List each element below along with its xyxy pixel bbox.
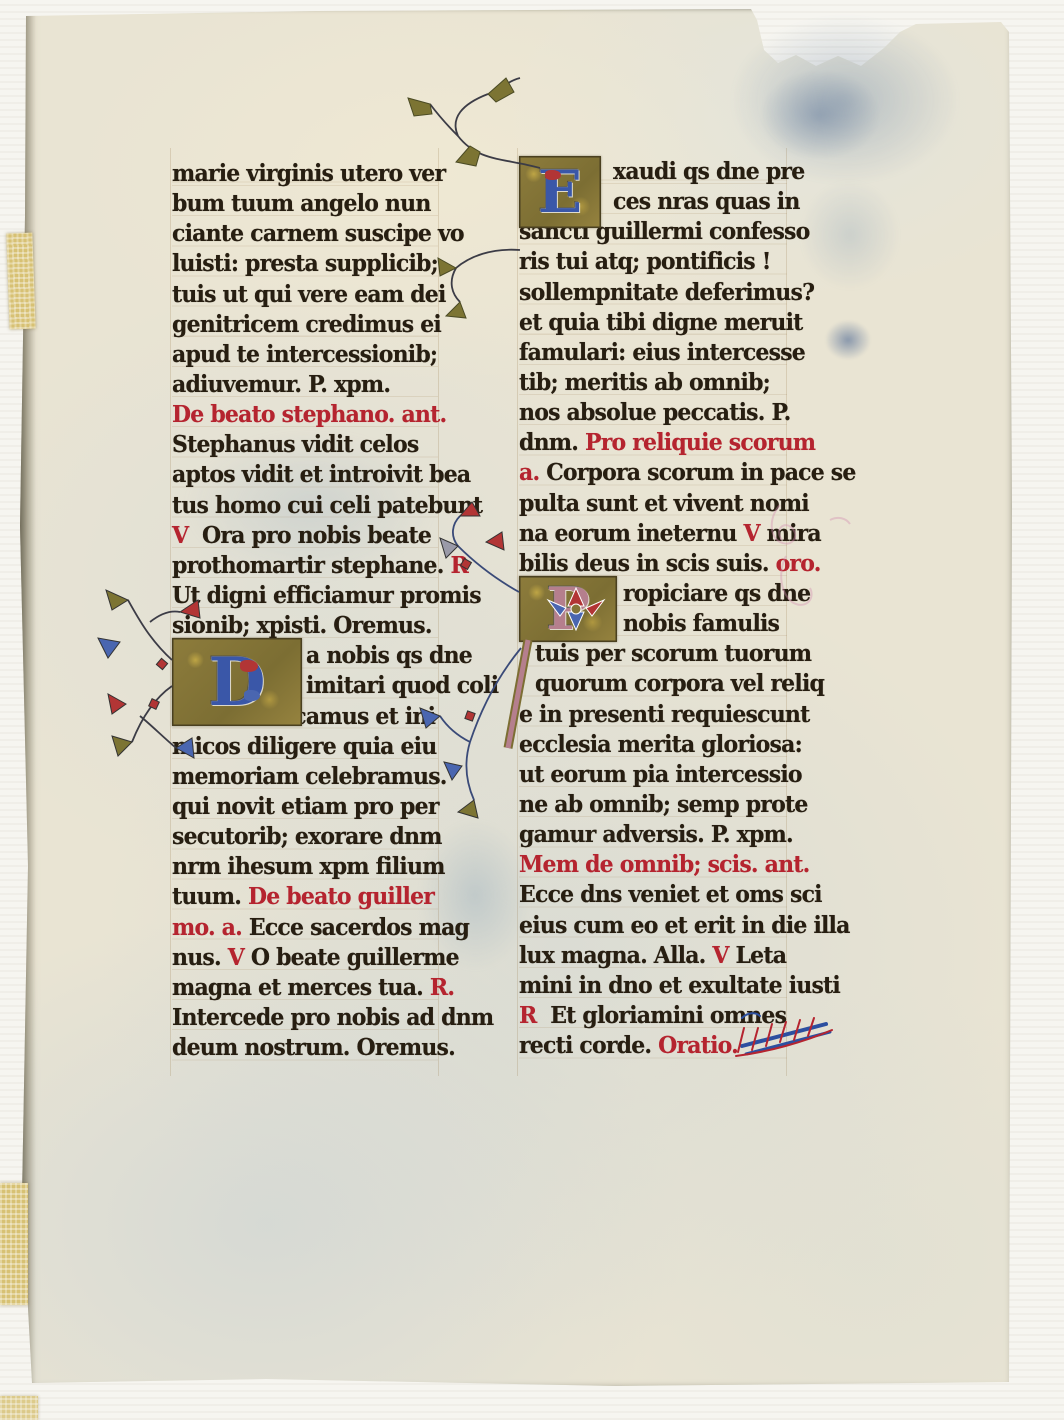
text-line: Ecce dns veniet et oms sci: [519, 879, 787, 910]
text-line: aptos vidit et introivit bea: [172, 459, 438, 490]
rubric-text: a.: [519, 459, 546, 486]
text-line: ciante carnem suscipe vo: [172, 218, 438, 249]
text-line: mini in dno et exultate iusti: [519, 970, 787, 1001]
text-line: famulari: eius intercesse: [519, 337, 787, 368]
text-line: prothomartir stephane. R: [172, 550, 438, 581]
text-line: De beato stephano. ant.: [172, 399, 438, 430]
manuscript-leaf: [16, 6, 1014, 1390]
text-line: R Et gloriamini omnes: [519, 1000, 787, 1031]
text-line: nrm ihesum xpm filium: [172, 851, 438, 882]
rubric-text: De beato guiller: [248, 883, 434, 910]
text-line: tuis ut qui vere eam dei: [172, 279, 438, 310]
body-text: mini in dno et exultate iusti: [519, 972, 840, 999]
illuminated-initial-p: P: [519, 576, 617, 642]
body-text: secutorib; exorare dnm: [172, 823, 442, 850]
body-text: famulari: eius intercesse: [519, 339, 805, 366]
body-text: imitari quod coli: [306, 672, 498, 699]
body-text: ces nras quas in: [613, 188, 800, 215]
text-line: Intercede pro nobis ad dnm: [172, 1002, 438, 1033]
body-text: sollempnitate deferimus?: [519, 279, 814, 306]
rubric-text: R.: [430, 974, 454, 1001]
text-line: quorum corpora vel reliq: [519, 668, 787, 699]
blue-accent: [244, 690, 260, 701]
text-line: luisti: presta supplicib;: [172, 248, 438, 279]
text-line: qui novit etiam pro per: [172, 791, 438, 822]
text-line: genitricem credimus ei: [172, 309, 438, 340]
text-line: memoriam celebramus.: [172, 761, 438, 792]
body-text: luisti: presta supplicib;: [172, 251, 438, 278]
body-text: eius cum eo et erit in die illa: [519, 912, 850, 939]
body-text: O beate guillerme: [251, 944, 459, 971]
body-text: prothomartir stephane.: [172, 552, 450, 579]
text-line: adiuvemur. P. xpm.: [172, 369, 438, 400]
body-text: e in presenti requiescunt: [519, 701, 809, 728]
body-text: aptos vidit et introivit bea: [172, 461, 470, 488]
body-text: ropiciare qs dne: [623, 580, 810, 607]
rubric-text: V: [712, 942, 735, 969]
body-text: bilis deus in scis suis.: [519, 550, 776, 577]
body-text: nos absolue peccatis. P.: [519, 399, 790, 426]
text-line: secutorib; exorare dnm: [172, 821, 438, 852]
body-text: micos diligere quia eiu: [172, 733, 436, 760]
initial-letter: D: [208, 649, 265, 715]
body-text: bum tuum angelo nun: [172, 190, 431, 217]
body-text: ecclesia merita gloriosa:: [519, 731, 802, 758]
text-line: mo. a. Ecce sacerdos mag: [172, 912, 438, 943]
text-line: tib; meritis ab omnib;: [519, 367, 787, 398]
body-text: ut eorum pia intercessio: [519, 761, 802, 788]
text-line: eius cum eo et erit in die illa: [519, 910, 787, 941]
body-text: Ecce dns veniet et oms sci: [519, 881, 822, 908]
rubric-text: R: [450, 552, 467, 579]
text-line: et quia tibi digne meruit: [519, 307, 787, 338]
rubric-text: Mem de omnib; scis. ant.: [519, 851, 810, 878]
body-text: nobis famulis: [623, 610, 779, 637]
text-line: sionib; xpisti. Oremus.: [172, 610, 438, 641]
body-text: et quia tibi digne meruit: [519, 309, 803, 336]
body-text: tuum.: [172, 883, 248, 910]
rubric-text: De beato stephano. ant.: [172, 401, 446, 428]
body-text: Leta: [736, 942, 787, 969]
text-line: Mem de omnib; scis. ant.: [519, 849, 787, 880]
text-line: tus homo cui celi patebunt: [172, 490, 438, 521]
text-line: Ut digni efficiamur promis: [172, 580, 438, 611]
red-accent: [545, 170, 561, 180]
text-line: a. Corpora scorum in pace se: [519, 457, 787, 488]
text-line: lux magna. Alla. V Leta: [519, 940, 787, 971]
body-text: sionib; xpisti. Oremus.: [172, 612, 432, 639]
rubric-text: V: [743, 520, 766, 547]
body-text: marie virginis utero ver: [172, 160, 445, 187]
body-text: dnm.: [519, 429, 585, 456]
text-line: marie virginis utero ver: [172, 158, 438, 189]
rubric-text: Oratio.: [658, 1032, 738, 1059]
body-text: lux magna. Alla.: [519, 942, 712, 969]
body-text: Corpora scorum in pace se: [546, 459, 855, 486]
ruling-line: [170, 148, 171, 1076]
body-text: Intercede pro nobis ad dnm: [172, 1004, 493, 1031]
body-text: qui novit etiam pro per: [172, 793, 439, 820]
text-line: nus. V O beate guillerme: [172, 942, 438, 973]
body-text: Ut digni efficiamur promis: [172, 582, 481, 609]
text-line: na eorum ineternu V mira: [519, 518, 787, 549]
red-accent: [240, 660, 258, 672]
text-line: V Ora pro nobis beate: [172, 520, 438, 551]
text-line: micos diligere quia eiu: [172, 731, 438, 762]
rubric-text: V: [228, 944, 251, 971]
illuminated-initial-d: D: [172, 638, 302, 726]
body-text: gamur adversis. P. xpm.: [519, 821, 793, 848]
tape-fragment: [6, 233, 35, 330]
text-line: dnm. Pro reliquie scorum: [519, 427, 787, 458]
rubric-text: R: [519, 1002, 550, 1029]
text-line: tuum. De beato guiller: [172, 881, 438, 912]
body-text: ris tui atq; pontificis !: [519, 249, 771, 276]
body-text: nus.: [172, 944, 228, 971]
body-text: xaudi qs dne pre: [613, 158, 804, 185]
tape-fragment: [0, 1183, 28, 1305]
body-text: recti corde.: [519, 1032, 658, 1059]
body-text: tus homo cui celi patebunt: [172, 492, 482, 519]
text-line: nos absolue peccatis. P.: [519, 397, 787, 428]
text-line: ris tui atq; pontificis !: [519, 246, 787, 277]
body-text: pulta sunt et vivent nomi: [519, 490, 809, 517]
body-text: magna et merces tua.: [172, 974, 430, 1001]
body-text: Et gloriamini omnes: [550, 1002, 786, 1029]
text-line: e in presenti requiescunt: [519, 699, 787, 730]
body-text: Ora pro nobis beate: [202, 522, 431, 549]
body-text: Stephanus vidit celos: [172, 431, 418, 458]
body-text: mira: [767, 520, 821, 547]
text-line: ne ab omnib; semp prote: [519, 789, 787, 820]
rubric-text: Pro reliquie scorum: [585, 429, 815, 456]
illuminated-initial-e: E: [519, 156, 601, 228]
text-line: sollempnitate deferimus?: [519, 277, 787, 308]
body-text: tuis ut qui vere eam dei: [172, 281, 446, 308]
text-line: magna et merces tua. R.: [172, 972, 438, 1003]
body-text: memoriam celebramus.: [172, 763, 447, 790]
body-text: nrm ihesum xpm filium: [172, 853, 445, 880]
text-line: deum nostrum. Oremus.: [172, 1032, 438, 1063]
text-line: bum tuum angelo nun: [172, 188, 438, 219]
body-text: apud te intercessionib;: [172, 341, 437, 368]
rubric-text: V: [172, 522, 202, 549]
text-line: pulta sunt et vivent nomi: [519, 488, 787, 519]
initial-letter: P: [546, 580, 590, 638]
body-text: Ecce sacerdos mag: [249, 914, 469, 941]
body-text: tuis per scorum tuorum: [535, 640, 811, 667]
text-line: Stephanus vidit celos: [172, 429, 438, 460]
body-text: tib; meritis ab omnib;: [519, 369, 770, 396]
body-text: quorum corpora vel reliq: [535, 670, 824, 697]
text-line: gamur adversis. P. xpm.: [519, 819, 787, 850]
body-text: ne ab omnib; semp prote: [519, 791, 808, 818]
text-line: ecclesia merita gloriosa:: [519, 729, 787, 760]
tape-fragment: [0, 1396, 38, 1420]
rubric-text: mo. a.: [172, 914, 249, 941]
body-text: ciante carnem suscipe vo: [172, 220, 464, 247]
text-line: apud te intercessionib;: [172, 339, 438, 370]
body-text: deum nostrum. Oremus.: [172, 1034, 455, 1061]
text-column-left: marie virginis utero verbum tuum angelo …: [172, 158, 438, 1066]
body-text: a nobis qs dne: [306, 642, 472, 669]
text-line: recti corde. Oratio.: [519, 1030, 787, 1061]
text-line: ut eorum pia intercessio: [519, 759, 787, 790]
body-text: genitricem credimus ei: [172, 311, 441, 338]
body-text: adiuvemur. P. xpm.: [172, 371, 390, 398]
ruling-line: [517, 148, 518, 1076]
rubric-text: oro.: [776, 550, 821, 577]
body-text: na eorum ineternu: [519, 520, 743, 547]
